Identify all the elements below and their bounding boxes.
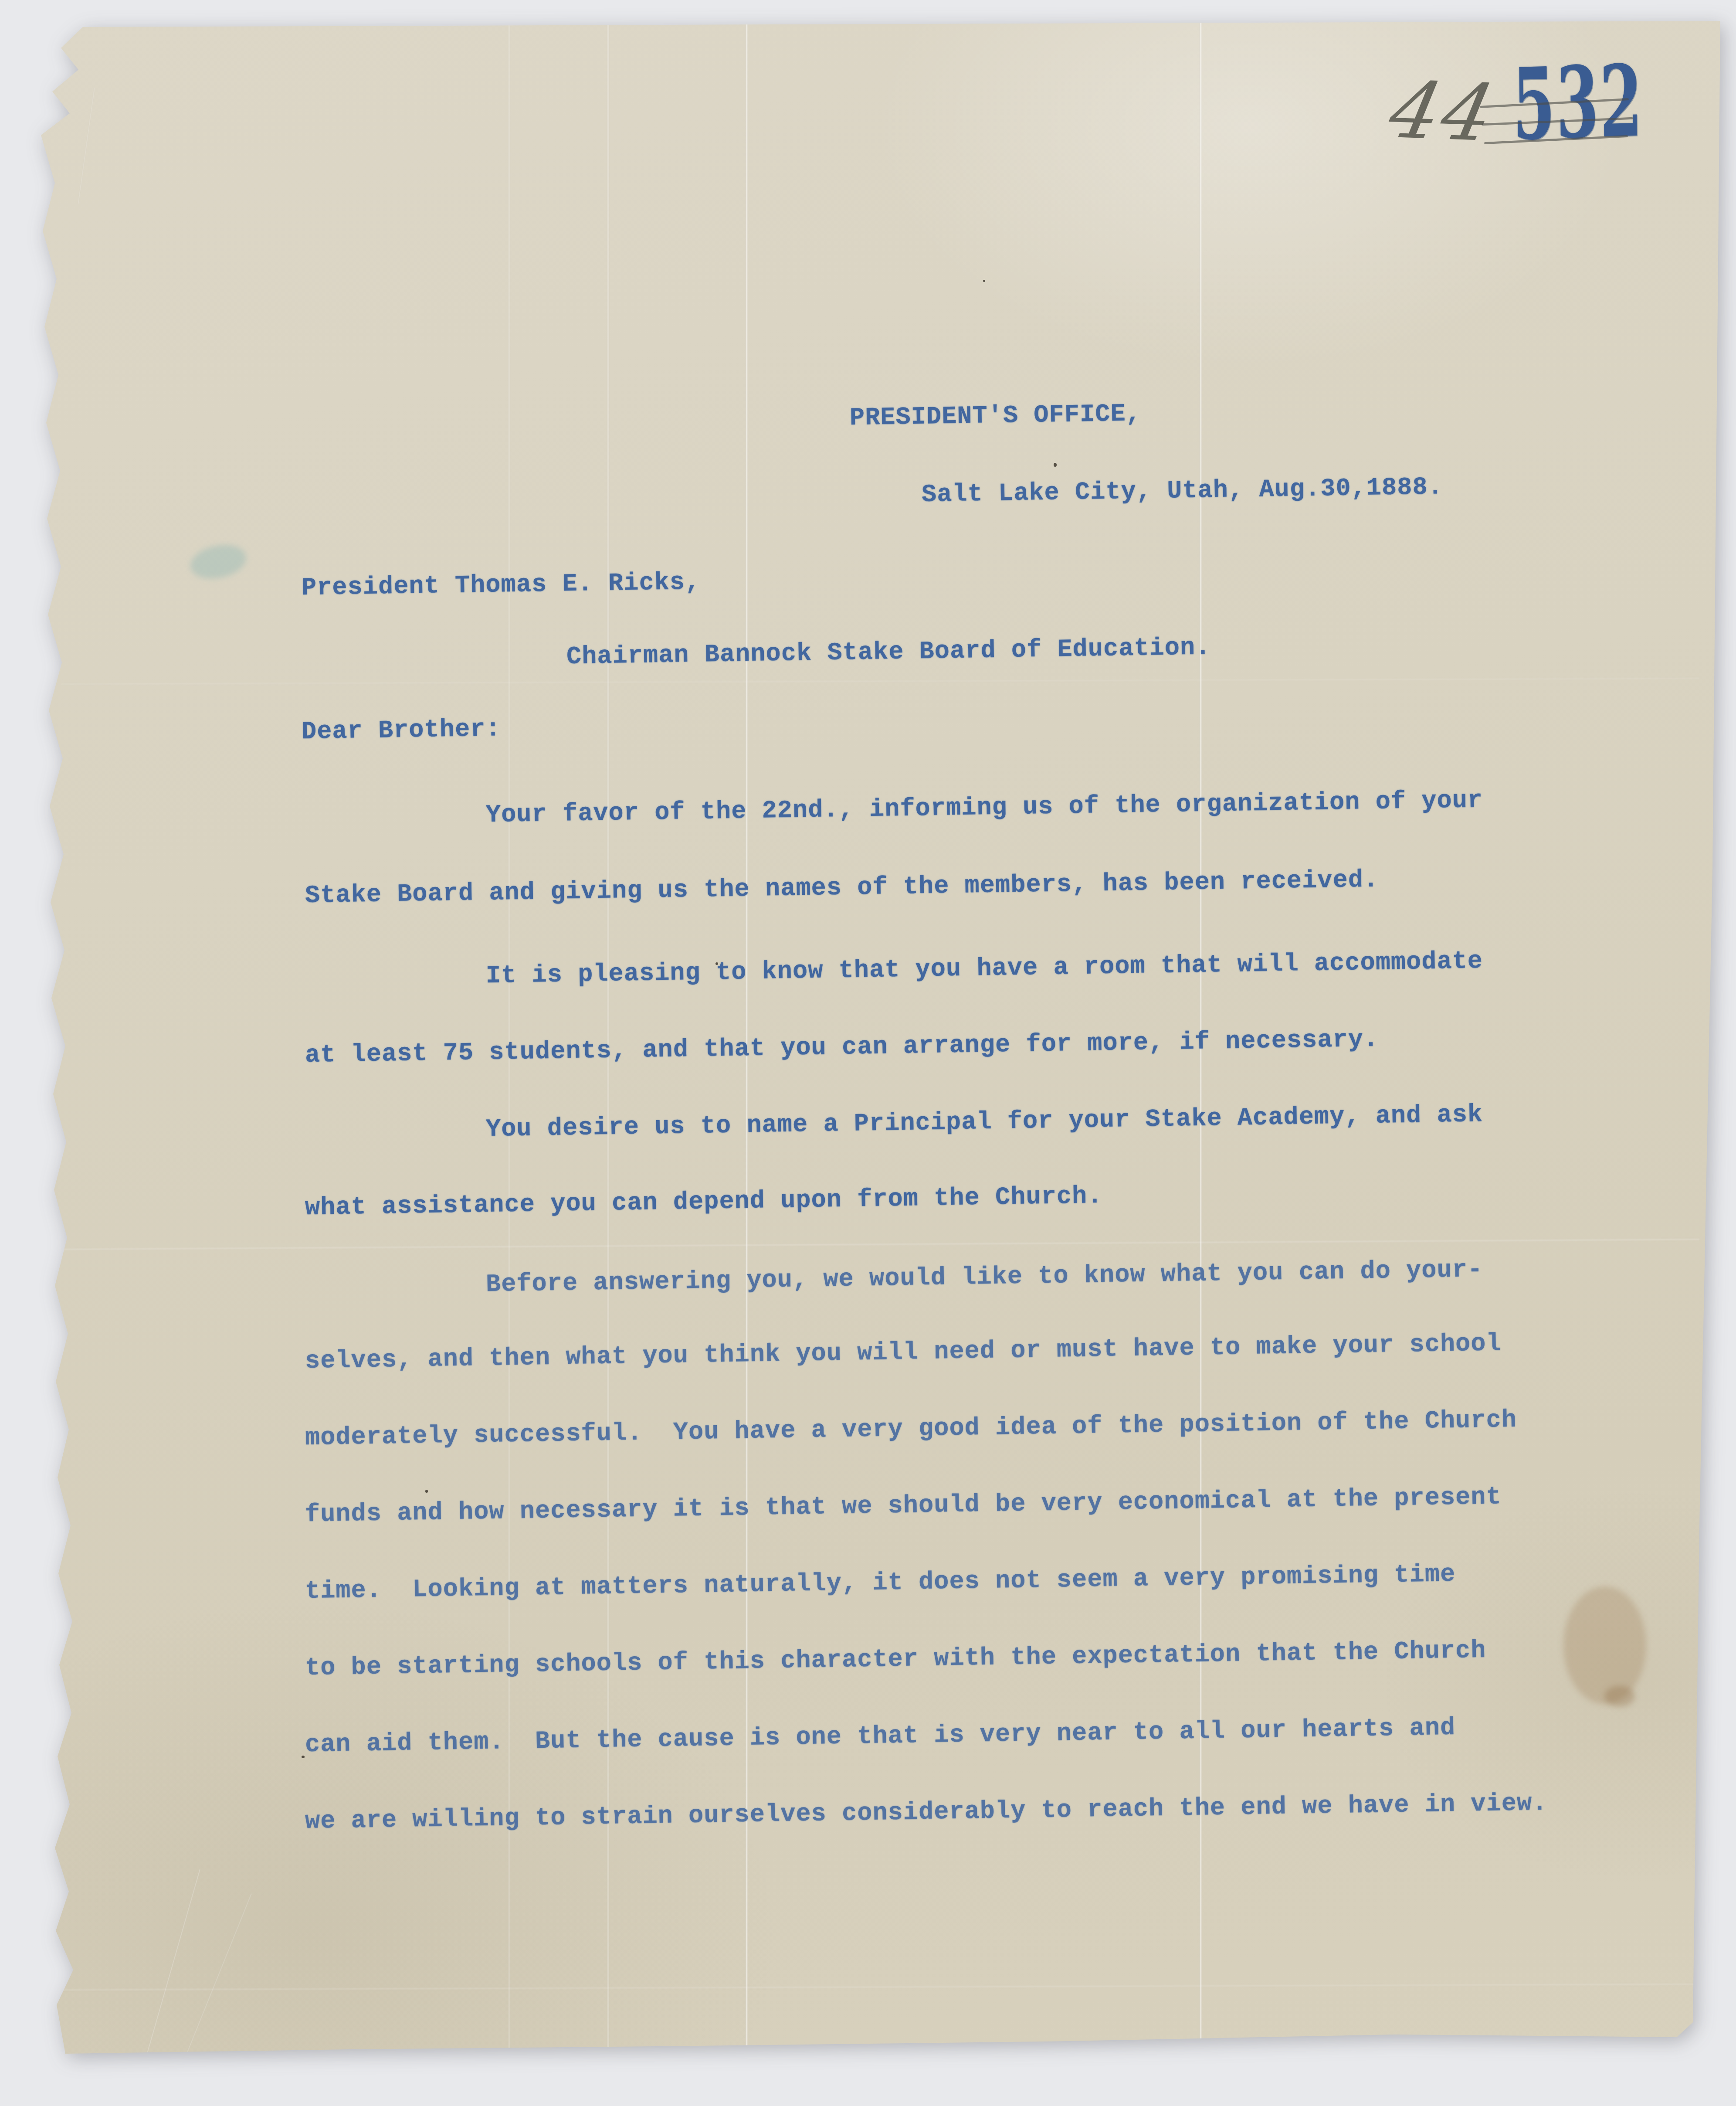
dateline: Salt Lake City, Utah, Aug.30,1888. <box>922 475 1444 508</box>
paper-speck <box>302 1756 305 1758</box>
recipient-name: President Thomas E. Ricks, <box>302 570 701 601</box>
ink-smudge <box>187 540 250 583</box>
body-line: selves, and then what you think you will… <box>305 1332 1502 1374</box>
body-line: moderately successful. You have a very g… <box>305 1408 1517 1451</box>
body-line: Your favor of the 22nd., informing us of… <box>486 788 1483 828</box>
office-heading: PRESIDENT'S OFFICE, <box>850 402 1142 431</box>
recipient-title: Chairman Bannock Stake Board of Educatio… <box>566 635 1211 670</box>
diagonal-crease <box>185 1893 252 2055</box>
paper-speck <box>983 280 985 282</box>
paper-stain <box>1563 1586 1646 1704</box>
salutation: Dear Brother: <box>302 717 501 745</box>
body-line: what assistance you can depend upon from… <box>305 1184 1103 1221</box>
body-line: Before answering you, we would like to k… <box>486 1258 1483 1298</box>
body-line: can aid them. But the cause is one that … <box>305 1716 1456 1758</box>
body-line: funds and how necessary it is that we sh… <box>305 1485 1502 1528</box>
paper-speck <box>425 1490 428 1493</box>
body-line: we are willing to strain ourselves consi… <box>305 1791 1548 1834</box>
body-line: to be starting schools of this character… <box>305 1639 1486 1681</box>
body-line: at least 75 students, and that you can a… <box>305 1027 1379 1068</box>
horizontal-fold-crease <box>61 677 1699 685</box>
body-line: You desire us to name a Principal for yo… <box>486 1103 1483 1142</box>
horizontal-fold-crease <box>61 1983 1699 1991</box>
body-line: It is pleasing to know that you have a r… <box>486 949 1483 989</box>
letter-paper: 44 532 PRESIDENT'S OFFICE, Salt Lake Cit… <box>0 0 1736 2106</box>
scan-background: 44 532 PRESIDENT'S OFFICE, Salt Lake Cit… <box>0 0 1736 2106</box>
body-line: time. Looking at matters naturally, it d… <box>305 1563 1456 1604</box>
diagonal-crease <box>77 88 95 204</box>
paper-stain <box>1604 1686 1635 1707</box>
horizontal-fold-crease <box>61 1238 1699 1251</box>
pencil-page-number: 44 <box>1383 71 1502 153</box>
paper-speck <box>1054 463 1057 467</box>
body-line: Stake Board and giving us the names of t… <box>305 868 1379 909</box>
